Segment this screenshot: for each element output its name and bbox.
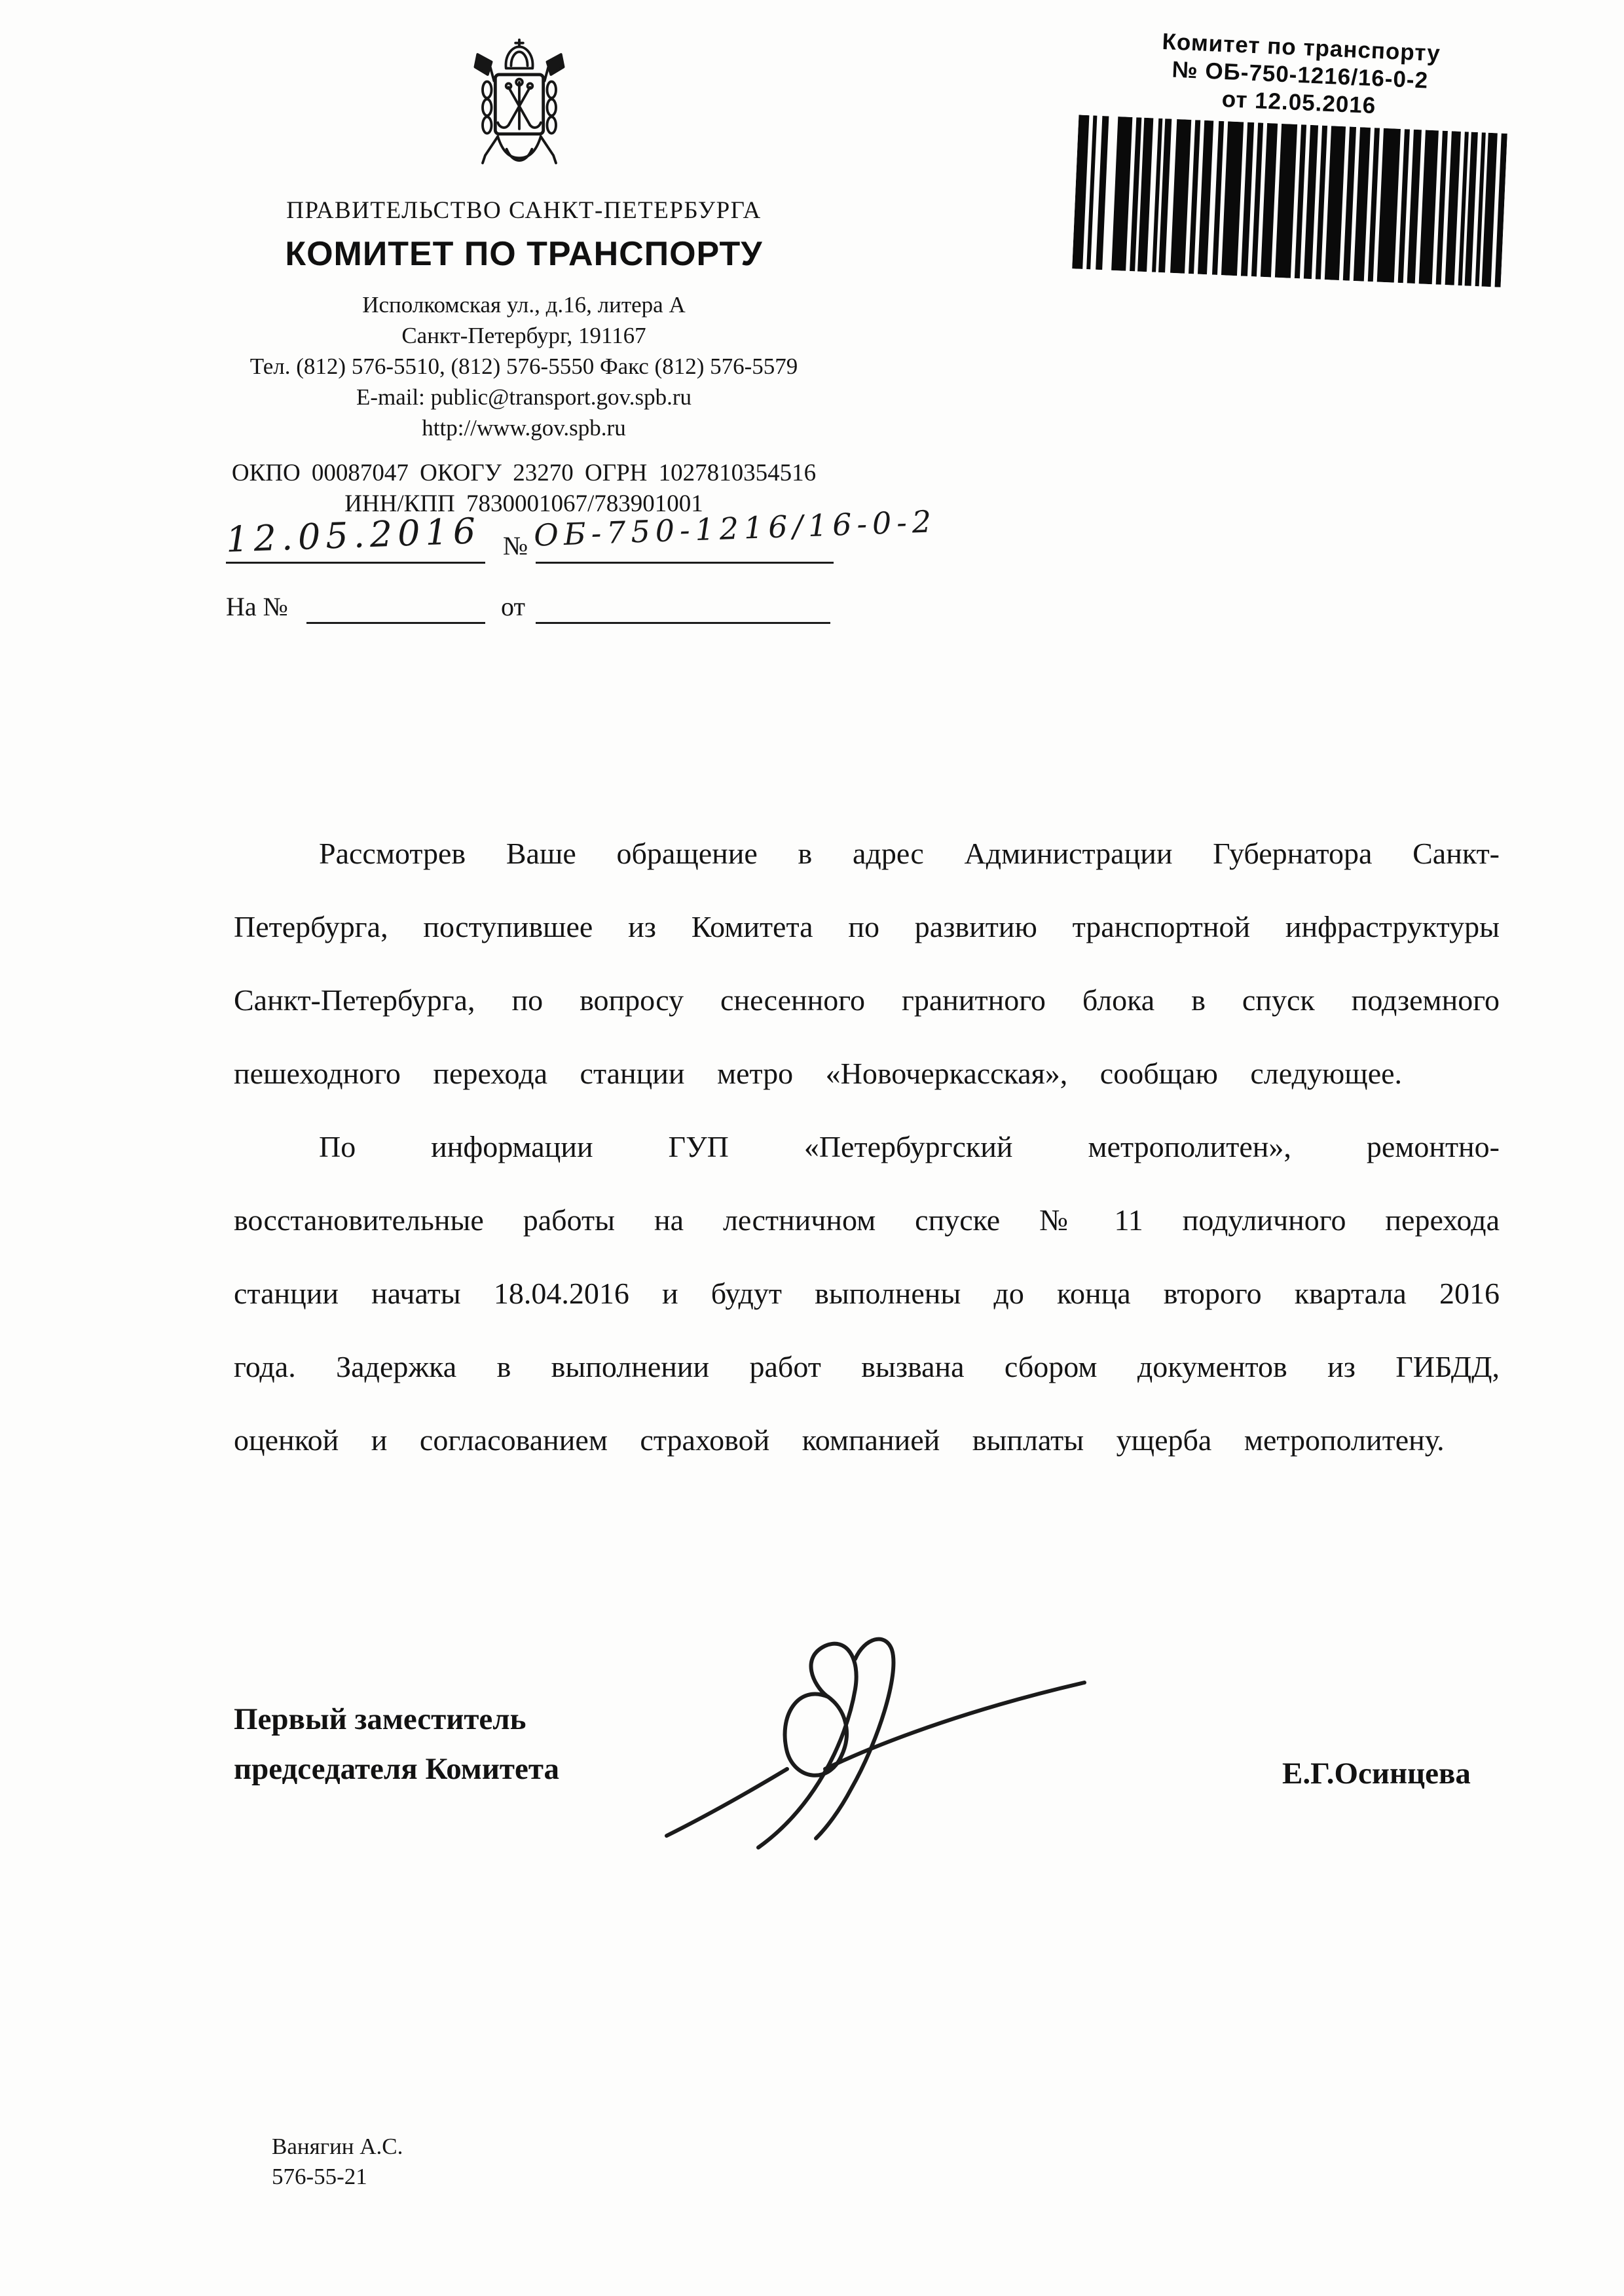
signer-name: Е.Г.Осинцева — [1282, 1756, 1471, 1791]
body-paragraph-2: По информации ГУП «Петербургский метропо… — [234, 1110, 1500, 1477]
reply-no-label: На № — [226, 591, 288, 622]
registry-codes-line1: ОКПО 00087047 ОКОГУ 23270 ОГРН 102781035… — [65, 458, 982, 488]
barcode — [1072, 115, 1507, 287]
phone-line: Тел. (812) 576-5510, (812) 576-5550 Факс… — [65, 351, 982, 382]
scanned-letter-page: ПРАВИТЕЛЬСТВО САНКТ-ПЕТЕРБУРГА КОМИТЕТ П… — [0, 0, 1624, 2296]
registration-stamp: Комитет по транспорту № ОБ-750-1216/16-0… — [1049, 24, 1544, 289]
reply-date-blank — [536, 622, 830, 624]
signature-autograph — [629, 1617, 1100, 1853]
number-sign: № — [503, 530, 528, 561]
date-underline — [226, 562, 485, 564]
coat-of-arms-icon — [455, 37, 583, 182]
email-line: E-mail: public@transport.gov.spb.ru — [65, 382, 982, 412]
website-line: http://www.gov.spb.ru — [65, 412, 982, 443]
executor-name: Ванягин А.С. — [272, 2132, 403, 2162]
government-name: ПРАВИТЕЛЬСТВО САНКТ-ПЕТЕРБУРГА — [65, 196, 982, 225]
letter-body: Рассмотрев Ваше обращение в адрес Админи… — [234, 817, 1500, 1477]
outgoing-date-handwritten: 12.05.2016 — [225, 510, 481, 560]
executor-phone: 576-55-21 — [272, 2162, 403, 2192]
number-underline — [536, 562, 834, 564]
outgoing-number-handwritten: ОБ-750-1216/16-0-2 — [533, 503, 937, 553]
signer-title: Первый заместитель председателя Комитета — [234, 1694, 559, 1794]
signer-title-line2: председателя Комитета — [234, 1744, 559, 1794]
address-city: Санкт-Петербург, 191167 — [65, 320, 982, 351]
signer-title-line1: Первый заместитель — [234, 1694, 559, 1744]
address-street: Исполкомская ул., д.16, литера А — [65, 289, 982, 320]
committee-name: КОМИТЕТ ПО ТРАНСПОРТУ — [65, 234, 982, 274]
letterhead: ПРАВИТЕЛЬСТВО САНКТ-ПЕТЕРБУРГА КОМИТЕТ П… — [65, 196, 982, 519]
executor-footer: Ванягин А.С. 576-55-21 — [272, 2132, 403, 2192]
reply-reference-row: На № от — [226, 585, 979, 689]
reply-number-blank — [306, 622, 485, 624]
body-paragraph-1: Рассмотрев Ваше обращение в адрес Админи… — [234, 817, 1500, 1110]
reply-from-label: от — [501, 591, 525, 622]
